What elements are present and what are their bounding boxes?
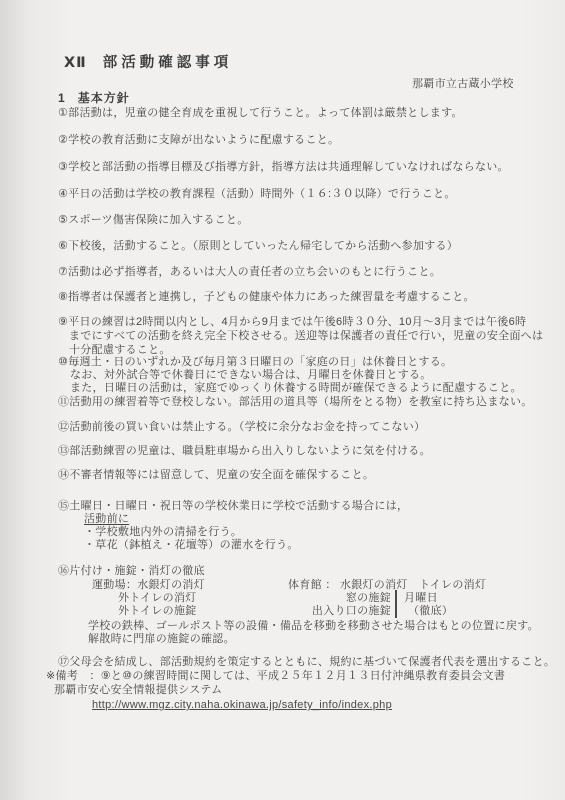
safety-system-url-link[interactable]: http://www.mgz.city.naha.okinawa.jp/safe… bbox=[92, 699, 392, 712]
policy-item-8: ⑧指導者は保護者と連携し，子どもの健康や体力にあった練習量を考慮すること。 bbox=[58, 291, 475, 304]
policy-item-13: ⑬部活動練習の児童は、職員駐車場から出入りしないように気を付ける。 bbox=[58, 445, 431, 458]
safety-system-name: 那覇市安心安全情報提供システム bbox=[54, 684, 222, 697]
item16-ground-row3: 外トイレの施錠 bbox=[118, 605, 197, 618]
item16-gym-row3-value: （徹底） bbox=[408, 605, 453, 618]
doc-title-number: ⅩⅡ bbox=[64, 55, 87, 71]
policy-item-9-line1: ⑨平日の練習は2時間以内とし、4月から9月までは午後6時３０分、10月～3月まで… bbox=[58, 316, 526, 329]
grouping-bracket bbox=[395, 590, 397, 618]
remarks-note: ※備考 ：⑨と⑩の練習時間に関しては、平成２５年１２月１３日付沖縄県教育委員会文… bbox=[46, 670, 505, 683]
policy-item-11: ⑪活動用の練習着等で登校しない。部活用の道具等（場所をとる物）を教室に持ち込まな… bbox=[58, 396, 533, 409]
policy-item-15-bullet1: ・学校敷地内外の清掃を行う。 bbox=[84, 526, 242, 539]
section-heading: 1基本方針 bbox=[58, 92, 130, 105]
policy-item-7: ⑦活動は必ず指導者，あるいは大人の責任者の立ち会いのもとに行うこと。 bbox=[58, 266, 441, 279]
policy-item-1: ①部活動は，児童の健全育成を重視して行うこと。よって体罰は厳禁とします。 bbox=[58, 107, 463, 120]
doc-title: ⅩⅡ部活動確認事項 bbox=[64, 57, 232, 70]
policy-item-3: ③学校と部活動の指導目標及び指導方針，指導方法は共通理解していなければならない。 bbox=[58, 161, 509, 174]
policy-item-9-line2: までにすべての活動を終え完全下校させる。送迎等は保護者の責任で行い，児童の安全面… bbox=[69, 330, 543, 343]
item16-gym-row3-label: 出入り口の施錠 bbox=[241, 605, 391, 618]
item16-gate-line: 解散時に門扉の施錠の確認。 bbox=[88, 633, 235, 646]
policy-item-17: ⑰父母会を結成し、部活動規約を策定するとともに、規約に基づいて保護者代表を選出す… bbox=[58, 656, 555, 669]
section-number: 1 bbox=[58, 91, 66, 105]
policy-item-14: ⑭不審者情報等には留意して、児童の安全面を確保すること。 bbox=[58, 469, 374, 482]
policy-item-10-line3: また，日曜日の活動は，家庭でゆっくり休養する時間が確保できるように配慮すること。 bbox=[70, 382, 522, 395]
policy-item-10-line1: ⑩毎週土・日のいずれか及び毎月第３日曜日の「家庭の日」は休養日とする。 bbox=[58, 356, 452, 369]
item16-gym-row1: 体育館 ： 水銀灯の消灯 トイレの消灯 bbox=[288, 579, 486, 592]
policy-item-12: ⑫活動前後の買い食いは禁止する。（学校に余分なお金を持ってこない） bbox=[58, 421, 425, 434]
policy-item-6: ⑥下校後，活動すること。（原則としていったん帰宅してから活動へ参加する） bbox=[58, 240, 458, 253]
scanned-document-page: ⅩⅡ部活動確認事項 那覇市立古蔵小学校 1基本方針 ①部活動は，児童の健全育成を… bbox=[0, 0, 565, 800]
policy-item-15-bullet2: ・草花（鉢植え・花壇等）の灌水を行う。 bbox=[84, 539, 299, 552]
school-name: 那覇市立古蔵小学校 bbox=[412, 78, 514, 91]
policy-item-16-heading: ⑯片付け・施錠・消灯の徹底 bbox=[58, 565, 205, 578]
policy-item-4: ④平日の活動は学校の教育課程（活動）時間外（１６:３０以降）で行うこと。 bbox=[58, 188, 456, 201]
policy-item-15-line1: ⑮土曜日・日曜日・祝日等の学校休業日に学校で活動する場合には， bbox=[58, 500, 408, 513]
item16-ground-row2: 外トイレの消灯 bbox=[118, 592, 197, 605]
section-title: 基本方針 bbox=[78, 91, 130, 105]
item16-ground-row1: 運動場：水銀灯の消灯 bbox=[92, 579, 205, 592]
doc-title-text: 部活動確認事項 bbox=[103, 55, 233, 71]
policy-item-2: ②学校の教育活動に支障が出ないように配慮すること。 bbox=[58, 134, 339, 147]
policy-item-10-line2: なお、対外試合等で休養日にできない場合は、月曜日を休養日とする。 bbox=[70, 369, 432, 382]
policy-item-5: ⑤スポーツ傷害保険に加入すること。 bbox=[58, 214, 249, 227]
item16-gym-row2-label: 窓の施錠 bbox=[241, 592, 391, 605]
policy-item-15-label: 活動前に bbox=[84, 513, 129, 526]
item16-equipment-line: 学校の鉄棒、ゴールポスト等の設備・備品を移動を移動させた場合はもとの位置に戻す。 bbox=[88, 620, 539, 633]
item16-gym-row2-value: 月曜日 bbox=[404, 592, 438, 605]
